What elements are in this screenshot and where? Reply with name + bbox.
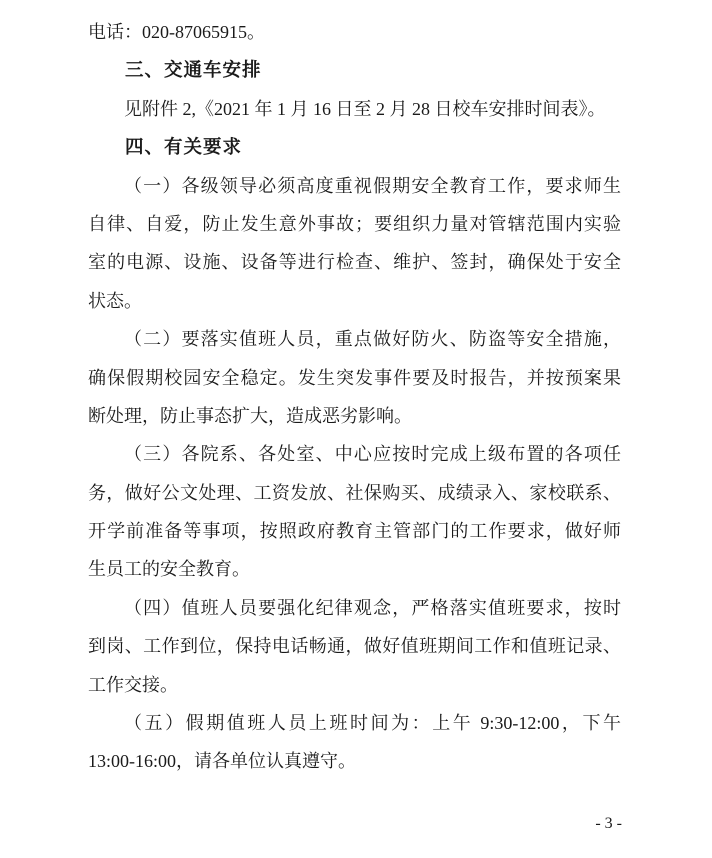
requirement-3-line-3: 开学前准备等事项，按照政府教育主管部门的工作要求，做好师 — [88, 512, 621, 550]
requirement-5-line-2: 13:00-16:00，请各单位认真遵守。 — [88, 742, 621, 780]
requirement-2-line-3: 断处理，防止事态扩大，造成恶劣影响。 — [88, 397, 621, 435]
document-page: 电话：020-87065915。 三、交通车安排 见附件 2,《2021 年 1… — [0, 0, 712, 858]
phone-number-line: 电话：020-87065915。 — [88, 13, 621, 51]
requirement-1-line-3: 室的电源、设施、设备等进行检查、维护、签封，确保处于安全 — [88, 243, 621, 281]
requirement-3-line-2: 务，做好公文处理、工资发放、社保购买、成绩录入、家校联系、 — [88, 474, 621, 512]
requirement-2-line-1: （二）要落实值班人员，重点做好防火、防盗等安全措施， — [88, 320, 621, 358]
requirement-3-line-1: （三）各院系、各处室、中心应按时完成上级布置的各项任 — [88, 435, 621, 473]
page-number: - 3 - — [595, 812, 622, 836]
requirement-3-line-4: 生员工的安全教育。 — [88, 550, 621, 588]
document-body: 电话：020-87065915。 三、交通车安排 见附件 2,《2021 年 1… — [88, 13, 621, 781]
requirement-1-line-1: （一）各级领导必须高度重视假期安全教育工作，要求师生 — [88, 167, 621, 205]
requirement-4-line-1: （四）值班人员要强化纪律观念，严格落实值班要求，按时 — [88, 589, 621, 627]
section-heading-requirements: 四、有关要求 — [88, 128, 621, 166]
section-heading-transport: 三、交通车安排 — [88, 51, 621, 89]
requirement-2-line-2: 确保假期校园安全稳定。发生突发事件要及时报告，并按预案果 — [88, 359, 621, 397]
requirement-4-line-2: 到岗、工作到位，保持电话畅通，做好值班期间工作和值班记录、 — [88, 627, 621, 665]
requirement-4-line-3: 工作交接。 — [88, 666, 621, 704]
attachment-reference-line: 见附件 2,《2021 年 1 月 16 日至 2 月 28 日校车安排时间表》… — [88, 90, 621, 128]
requirement-5-line-1: （五）假期值班人员上班时间为：上午 9:30-12:00，下午 — [88, 704, 621, 742]
requirement-1-line-4: 状态。 — [88, 282, 621, 320]
requirement-1-line-2: 自律、自爱，防止发生意外事故；要组织力量对管辖范围内实验 — [88, 205, 621, 243]
